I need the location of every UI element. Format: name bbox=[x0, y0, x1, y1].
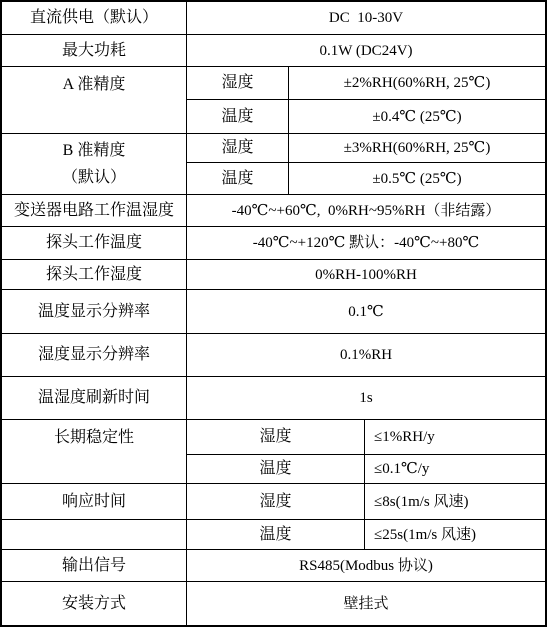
spec-label-mounting: 安装方式 bbox=[2, 582, 187, 625]
spec-label-output-signal: 输出信号 bbox=[2, 550, 187, 582]
spec-table: 直流供电（默认） DC 10-30V 最大功耗 0.1W (DC24V) A 准… bbox=[0, 0, 547, 627]
table-row: 温湿度刷新时间 1s bbox=[2, 377, 545, 420]
table-row: 温度 ≤25s(1m/s 风速) bbox=[2, 520, 545, 550]
table-row: 温度 ±0.4℃ (25℃) bbox=[187, 100, 545, 134]
spec-value-accuracy-a-humidity: ±2%RH(60%RH, 25℃) bbox=[289, 67, 545, 100]
accuracy-b-label-line2: （默认） bbox=[62, 164, 126, 191]
spec-value-stability-temperature: ≤0.1℃/y bbox=[365, 455, 545, 484]
table-row: 探头工作湿度 0%RH-100%RH bbox=[2, 260, 545, 290]
spec-value-humidity-resolution: 0.1%RH bbox=[187, 334, 545, 377]
table-row: 温度 ±0.5℃ (25℃) bbox=[187, 163, 545, 195]
spec-label-refresh-time: 温湿度刷新时间 bbox=[2, 377, 187, 420]
table-row: 安装方式 壁挂式 bbox=[2, 582, 545, 625]
section-accuracy-b: B 准精度 （默认） 湿度 ±3%RH(60%RH, 25℃) 温度 ±0.5℃… bbox=[2, 134, 545, 195]
table-row: 湿度 ±2%RH(60%RH, 25℃) bbox=[187, 67, 545, 100]
spec-value-circuit-env: -40℃~+60℃, 0%RH~95%RH（非结露） bbox=[187, 195, 545, 227]
table-row: 湿度 ≤1%RH/y bbox=[187, 420, 545, 455]
param-label-temperature: 温度 bbox=[187, 163, 289, 195]
table-row: 输出信号 RS485(Modbus 协议) bbox=[2, 550, 545, 582]
spec-label-accuracy-b: B 准精度 （默认） bbox=[2, 134, 187, 195]
spec-label-max-power: 最大功耗 bbox=[2, 35, 187, 67]
spec-value-accuracy-a-temperature: ±0.4℃ (25℃) bbox=[289, 100, 545, 134]
spec-sheet: 直流供电（默认） DC 10-30V 最大功耗 0.1W (DC24V) A 准… bbox=[0, 0, 547, 627]
spec-value-max-power: 0.1W (DC24V) bbox=[187, 35, 545, 67]
param-label-humidity: 湿度 bbox=[187, 420, 365, 455]
accuracy-b-label-line1: B 准精度 bbox=[63, 137, 126, 164]
stability-subrows: 湿度 ≤1%RH/y 温度 ≤0.1℃/y bbox=[187, 420, 545, 484]
spec-value-response-humidity: ≤8s(1m/s 风速) bbox=[365, 484, 545, 520]
spec-value-power: DC 10-30V bbox=[187, 2, 545, 35]
table-row: 变送器电路工作温湿度 -40℃~+60℃, 0%RH~95%RH（非结露） bbox=[2, 195, 545, 227]
spec-value-output-signal: RS485(Modbus 协议) bbox=[187, 550, 545, 582]
table-row: 温度 ≤0.1℃/y bbox=[187, 455, 545, 484]
table-row: 探头工作温度 -40℃~+120℃ 默认：-40℃~+80℃ bbox=[2, 227, 545, 260]
spec-value-stability-humidity: ≤1%RH/y bbox=[365, 420, 545, 455]
table-row: 响应时间 湿度 ≤8s(1m/s 风速) bbox=[2, 484, 545, 520]
spec-value-refresh-time: 1s bbox=[187, 377, 545, 420]
param-label-temperature: 温度 bbox=[187, 455, 365, 484]
table-row: 温度显示分辨率 0.1℃ bbox=[2, 290, 545, 334]
spec-value-accuracy-b-temperature: ±0.5℃ (25℃) bbox=[289, 163, 545, 195]
spec-value-probe-temp: -40℃~+120℃ 默认：-40℃~+80℃ bbox=[187, 227, 545, 260]
param-label-temperature: 温度 bbox=[187, 520, 365, 550]
spec-label-probe-humidity: 探头工作湿度 bbox=[2, 260, 187, 290]
param-label-temperature: 温度 bbox=[187, 100, 289, 134]
spec-label-response-time: 响应时间 bbox=[2, 484, 187, 520]
spec-label-probe-temp: 探头工作温度 bbox=[2, 227, 187, 260]
table-row: 最大功耗 0.1W (DC24V) bbox=[2, 35, 545, 67]
table-row: 湿度显示分辨率 0.1%RH bbox=[2, 334, 545, 377]
table-row: 湿度 ±3%RH(60%RH, 25℃) bbox=[187, 134, 545, 163]
param-label-humidity: 湿度 bbox=[187, 484, 365, 520]
spec-value-probe-humidity: 0%RH-100%RH bbox=[187, 260, 545, 290]
spec-value-mounting: 壁挂式 bbox=[187, 582, 545, 625]
spec-value-accuracy-b-humidity: ±3%RH(60%RH, 25℃) bbox=[289, 134, 545, 163]
accuracy-a-subrows: 湿度 ±2%RH(60%RH, 25℃) 温度 ±0.4℃ (25℃) bbox=[187, 67, 545, 134]
spec-label-accuracy-a: A 准精度 bbox=[2, 67, 187, 134]
spec-label-stability: 长期稳定性 bbox=[2, 420, 187, 484]
spec-value-temp-resolution: 0.1℃ bbox=[187, 290, 545, 334]
empty-cell bbox=[2, 520, 187, 550]
table-row: 直流供电（默认） DC 10-30V bbox=[2, 2, 545, 35]
accuracy-b-subrows: 湿度 ±3%RH(60%RH, 25℃) 温度 ±0.5℃ (25℃) bbox=[187, 134, 545, 195]
spec-label-humidity-resolution: 湿度显示分辨率 bbox=[2, 334, 187, 377]
spec-label-circuit-env: 变送器电路工作温湿度 bbox=[2, 195, 187, 227]
param-label-humidity: 湿度 bbox=[187, 67, 289, 100]
section-stability: 长期稳定性 湿度 ≤1%RH/y 温度 ≤0.1℃/y bbox=[2, 420, 545, 484]
param-label-humidity: 湿度 bbox=[187, 134, 289, 163]
spec-label-power: 直流供电（默认） bbox=[2, 2, 187, 35]
section-accuracy-a: A 准精度 湿度 ±2%RH(60%RH, 25℃) 温度 ±0.4℃ (25℃… bbox=[2, 67, 545, 134]
spec-value-response-temperature: ≤25s(1m/s 风速) bbox=[365, 520, 545, 550]
spec-label-temp-resolution: 温度显示分辨率 bbox=[2, 290, 187, 334]
